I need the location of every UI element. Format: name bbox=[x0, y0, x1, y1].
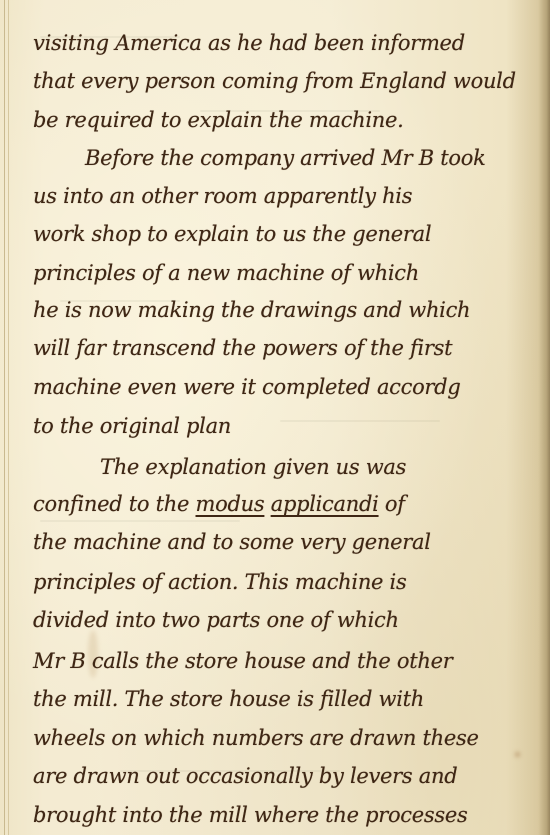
manuscript-line: he is now making the drawings and which bbox=[33, 297, 533, 323]
underlined-phrase-applicandi: applicandi bbox=[271, 492, 379, 516]
manuscript-line: are drawn out occasionally by levers and bbox=[33, 763, 533, 789]
manuscript-line: brought into the mill where the processe… bbox=[33, 802, 533, 828]
manuscript-line: to the original plan bbox=[33, 413, 533, 439]
manuscript-line: The explanation given us was bbox=[100, 454, 550, 480]
manuscript-line: the machine and to some very general bbox=[33, 529, 533, 555]
manuscript-line: will far transcend the powers of the fir… bbox=[33, 335, 533, 361]
manuscript-line: that every person coming from England wo… bbox=[33, 68, 533, 94]
manuscript-page: visiting America as he had been informed… bbox=[0, 0, 550, 835]
manuscript-line: visiting America as he had been informed bbox=[33, 30, 533, 56]
manuscript-line: the mill. The store house is filled with bbox=[33, 686, 533, 712]
manuscript-line: principles of action. This machine is bbox=[33, 569, 533, 595]
manuscript-line: be required to explain the machine. bbox=[33, 107, 533, 133]
manuscript-line: wheels on which numbers are drawn these bbox=[33, 725, 533, 751]
handwritten-text: visiting America as he had been informed… bbox=[0, 0, 550, 835]
underlined-phrase-modus: modus bbox=[196, 492, 265, 516]
manuscript-line: us into an other room apparently his bbox=[33, 183, 533, 209]
manuscript-line: Before the company arrived Mr B took bbox=[85, 145, 550, 171]
manuscript-line: Mr B calls the store house and the other bbox=[33, 648, 533, 674]
manuscript-line: divided into two parts one of which bbox=[33, 607, 533, 633]
line-text: confined to the bbox=[33, 492, 196, 516]
manuscript-line: principles of a new machine of which bbox=[33, 260, 533, 286]
manuscript-line: machine even were it completed accordg bbox=[33, 374, 533, 400]
manuscript-line: work shop to explain to us the general bbox=[33, 221, 533, 247]
line-text: of bbox=[379, 492, 405, 516]
manuscript-line: confined to the modus applicandi of bbox=[33, 491, 533, 517]
